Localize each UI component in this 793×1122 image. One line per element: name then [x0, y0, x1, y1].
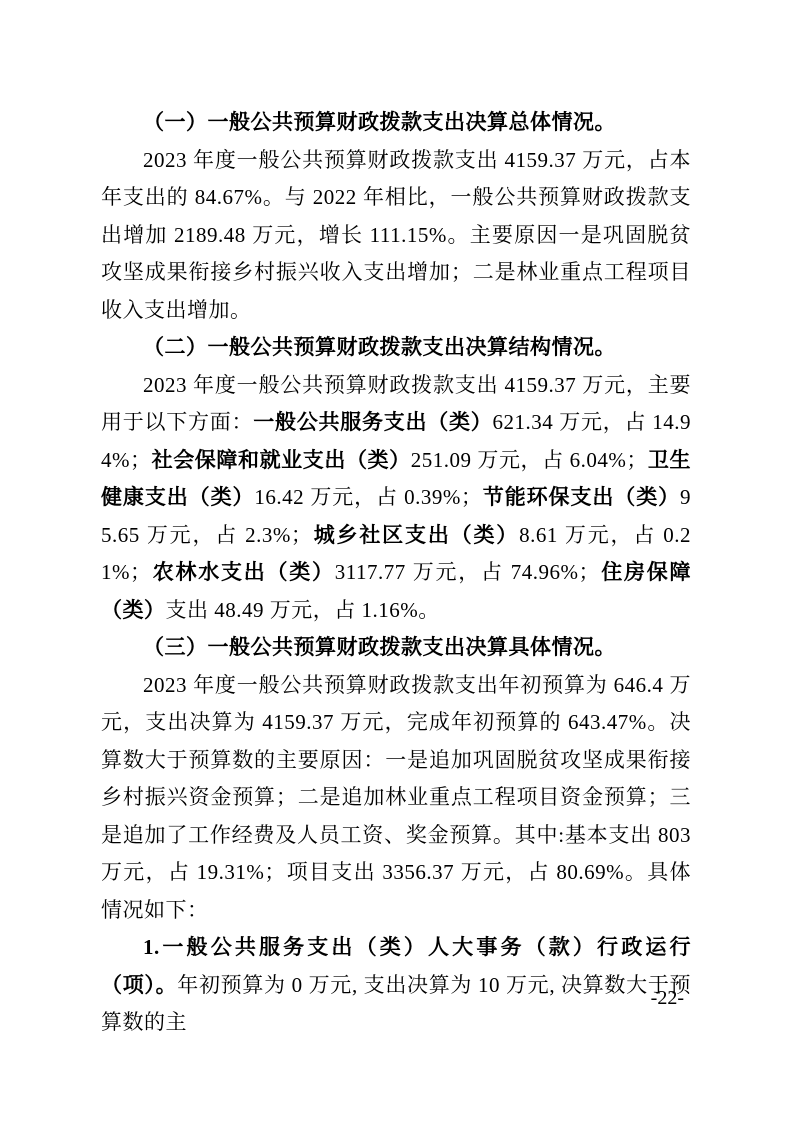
text-run: 251.09 万元，占 6.04%； [411, 448, 648, 472]
section-1-heading: （一）一般公共预算财政拨款支出决算总体情况。 [101, 104, 691, 142]
text-run: 3117.77 万元，占 74.96%； [335, 560, 600, 584]
document-body: （一）一般公共预算财政拨款支出决算总体情况。2023 年度一般公共预算财政拨款支… [101, 104, 691, 1042]
text-run: 2023 年度一般公共预算财政拨款支出年初预算为 646.4 万元，支出决算为 … [101, 673, 691, 922]
text-run: 支出 48.49 万元，占 1.16%。 [166, 598, 440, 622]
text-run: 2023 年度一般公共预算财政拨款支出 4159.37 万元，占本年支出的 84… [101, 148, 691, 322]
bold-text-run: 一般公共服务支出（类） [253, 410, 492, 434]
document-page: （一）一般公共预算财政拨款支出决算总体情况。2023 年度一般公共预算财政拨款支… [0, 0, 793, 1122]
section-3-paragraph: 2023 年度一般公共预算财政拨款支出年初预算为 646.4 万元，支出决算为 … [101, 667, 691, 930]
section-2-heading: （二）一般公共预算财政拨款支出决算结构情况。 [101, 329, 691, 367]
section-3-heading: （三）一般公共预算财政拨款支出决算具体情况。 [101, 629, 691, 667]
text-run: 年初预算为 0 万元, 支出决算为 10 万元, 决算数大于预算数的主 [101, 973, 691, 1035]
bold-text-run: 农林水支出（类） [152, 560, 335, 584]
section-1-paragraph: 2023 年度一般公共预算财政拨款支出 4159.37 万元，占本年支出的 84… [101, 142, 691, 330]
item-1-paragraph: 1.一般公共服务支出（类）人大事务（款）行政运行（项）。年初预算为 0 万元, … [101, 929, 691, 1042]
text-run: 16.42 万元，占 0.39%； [254, 485, 482, 509]
bold-text-run: 社会保障和就业支出（类） [152, 448, 411, 472]
section-2-paragraph: 2023 年度一般公共预算财政拨款支出 4159.37 万元，主要用于以下方面：… [101, 367, 691, 630]
bold-text-run: 节能环保支出（类） [482, 485, 680, 509]
bold-text-run: 城乡社区支出（类） [312, 523, 519, 547]
page-number: -22- [651, 986, 684, 1010]
